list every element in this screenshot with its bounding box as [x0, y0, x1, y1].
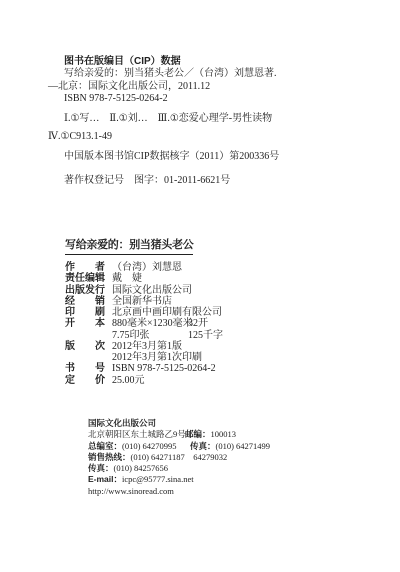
cip-publisher-line: —北京：国际文化出版公司，2011.12	[48, 81, 210, 92]
publisher-address-line: 北京朝阳区东土城路乙9号邮编：100013	[88, 429, 270, 440]
colophon-row-price: 定 价25.00元	[65, 375, 223, 386]
postcode-label: 邮编：	[185, 429, 211, 439]
colophon-value: 2012年3月第1版	[112, 341, 182, 352]
colophon-value-2: 125千字	[188, 330, 223, 341]
publisher-address: 北京朝阳区东土城路乙9号	[88, 429, 185, 440]
cip-class-line-2: Ⅳ.①C913.1-49	[48, 131, 112, 142]
colophon-label: 责任编辑	[65, 273, 105, 284]
colophon-value: 北京画中画印刷有限公司	[112, 307, 222, 318]
editorial-phone: (010) 64270995	[122, 441, 177, 451]
colophon-row-editor: 责任编辑戴 婕	[65, 273, 223, 284]
colophon-value: 戴 婕	[112, 273, 142, 284]
email-address: icpc@95777.sina.net	[122, 474, 194, 484]
sales-hotline-label: 销售热线：	[88, 452, 131, 462]
colophon-row-format: 开 本880毫米×1230毫米32开	[65, 318, 223, 329]
colophon-label: 版 次	[65, 341, 105, 352]
publisher-editorial-line: 总编室：(010) 64270995传真：(010) 64271499	[88, 441, 270, 452]
colophon-value: 国际文化出版公司	[112, 285, 192, 296]
colophon-label: 经 销	[65, 296, 105, 307]
colophon-row-author: 作 者（台湾）刘慧恩	[65, 262, 223, 273]
email-label: E-mail：	[88, 474, 122, 484]
colophon-value: 7.75印张	[112, 330, 188, 341]
colophon-table: 作 者（台湾）刘慧恩 责任编辑戴 婕 出版发行国际文化出版公司 经 销全国新华书…	[65, 262, 223, 386]
colophon-value: ISBN 978-7-5125-0264-2	[112, 363, 216, 374]
colophon-label: 作 者	[65, 262, 105, 273]
cip-title-line: 写给亲爱的：别当猪头老公／（台湾）刘慧恩著.	[48, 68, 277, 79]
colophon-row-printer: 印 刷北京画中画印刷有限公司	[65, 307, 223, 318]
cip-class-line-1: Ⅰ.①写… Ⅱ.①刘… Ⅲ.①恋爱心理学-男性读物	[48, 113, 272, 124]
colophon-value: （台湾）刘慧恩	[112, 262, 182, 273]
colophon-row-sheets: 7.75印张125千字	[65, 330, 223, 341]
publisher-email-line: E-mail：icpc@95777.sina.net	[88, 474, 270, 485]
colophon-value: 2012年3月第1次印刷	[112, 352, 202, 363]
publisher-sales-line: 销售热线：(010) 64271187 64279032	[88, 452, 270, 463]
cip-record-line: 中国版本图书馆CIP数据核字（2011）第200336号	[48, 151, 279, 162]
editorial-label: 总编室：	[88, 441, 122, 451]
sales-hotline-numbers: (010) 64271187 64279032	[131, 452, 228, 462]
colophon-label: 出版发行	[65, 285, 105, 296]
fax-label: 传真：	[190, 441, 216, 451]
postcode-value: 100013	[211, 429, 237, 439]
publisher-website: http://www.sinoread.com	[88, 486, 270, 497]
colophon-row-isbn: 书 号ISBN 978-7-5125-0264-2	[65, 363, 223, 374]
colophon-label: 定 价	[65, 375, 105, 386]
colophon-value: 25.00元	[112, 375, 145, 386]
publisher-block: 国际文化出版公司 北京朝阳区东土城路乙9号邮编：100013 总编室：(010)…	[88, 418, 270, 497]
colophon-label: 开 本	[65, 318, 105, 329]
colophon-row-publisher: 出版发行国际文化出版公司	[65, 285, 223, 296]
colophon-row-edition: 版 次2012年3月第1版	[65, 341, 223, 352]
fax-number: (010) 84257656	[114, 463, 169, 473]
cip-header: 图书在版编目（CIP）数据	[48, 56, 181, 67]
cip-copyright-line: 著作权登记号 图字：01-2011-6621号	[48, 175, 230, 186]
colophon-value: 880毫米×1230毫米	[112, 318, 188, 329]
cip-isbn-line: ISBN 978-7-5125-0264-2	[48, 93, 168, 104]
publisher-name: 国际文化出版公司	[88, 418, 270, 429]
editorial-office: 总编室：(010) 64270995	[88, 441, 190, 452]
colophon-label: 书 号	[65, 363, 105, 374]
colophon-value-2: 32开	[188, 318, 208, 329]
copyright-page: 图书在版编目（CIP）数据 写给亲爱的：别当猪头老公／（台湾）刘慧恩著. —北京…	[0, 0, 400, 572]
book-title: 写给亲爱的：别当猪头老公	[65, 236, 193, 255]
colophon-row-distributor: 经 销全国新华书店	[65, 296, 223, 307]
fax-label: 传真：	[88, 463, 114, 473]
colophon-label: 印 刷	[65, 307, 105, 318]
publisher-fax-line: 传真：(010) 84257656	[88, 463, 270, 474]
colophon-row-impression: 2012年3月第1次印刷	[65, 352, 223, 363]
fax-number: (010) 64271499	[216, 441, 271, 451]
colophon-value: 全国新华书店	[112, 296, 172, 307]
